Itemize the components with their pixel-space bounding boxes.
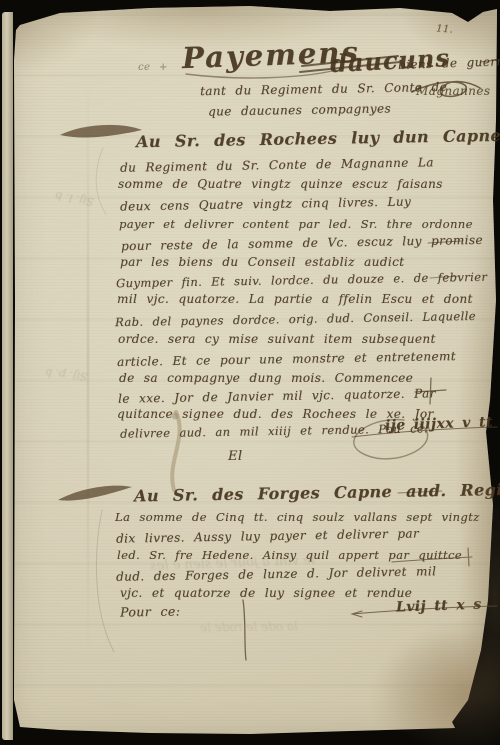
folio-number: 11. xyxy=(436,23,454,35)
entry2-line: La somme de Cinq tt. cinq soulz vallans … xyxy=(115,510,480,524)
manuscript-scan: Sij. l. b Sij. p. b le vint a jour le si… xyxy=(0,0,500,745)
crease-arc-top xyxy=(96,148,106,214)
entry1-line: mil vjc. quatorze. La partie a ffelin Es… xyxy=(117,292,473,306)
entry2-initial-swash-flourish xyxy=(58,486,132,501)
entry2-line: vjc. et quatorze de luy signee et rendue xyxy=(120,586,412,600)
crease-arc-bottom xyxy=(96,510,114,652)
entry1-line: ordce. sera cy mise suivant item subsequ… xyxy=(118,332,436,346)
entry1-line: somme de Quatre vingtz quinze escuz fais… xyxy=(118,177,443,191)
entry1-line: par les biens du Conseil establiz audict xyxy=(120,255,404,269)
entry1-line: payer et delivrer content par led. Sr. t… xyxy=(119,217,473,231)
faded-pen-stroke xyxy=(172,412,179,490)
pour-ce-descender xyxy=(243,600,246,660)
title-line2-struck: Magnannes xyxy=(416,84,490,98)
entry2-line: Pour ce: xyxy=(120,603,181,619)
entry2-line: led. Sr. fre Hedene. Ainsy quil appert p… xyxy=(117,548,462,562)
title-margin-mark: ce + xyxy=(138,62,168,73)
separator-mark: El xyxy=(228,449,242,464)
entry1-line: de sa compagnye dung mois. Commencee xyxy=(119,371,413,385)
entry1-initial-swash-flourish xyxy=(60,125,142,138)
entry2-sum: Lvij tt x s xyxy=(396,597,482,616)
